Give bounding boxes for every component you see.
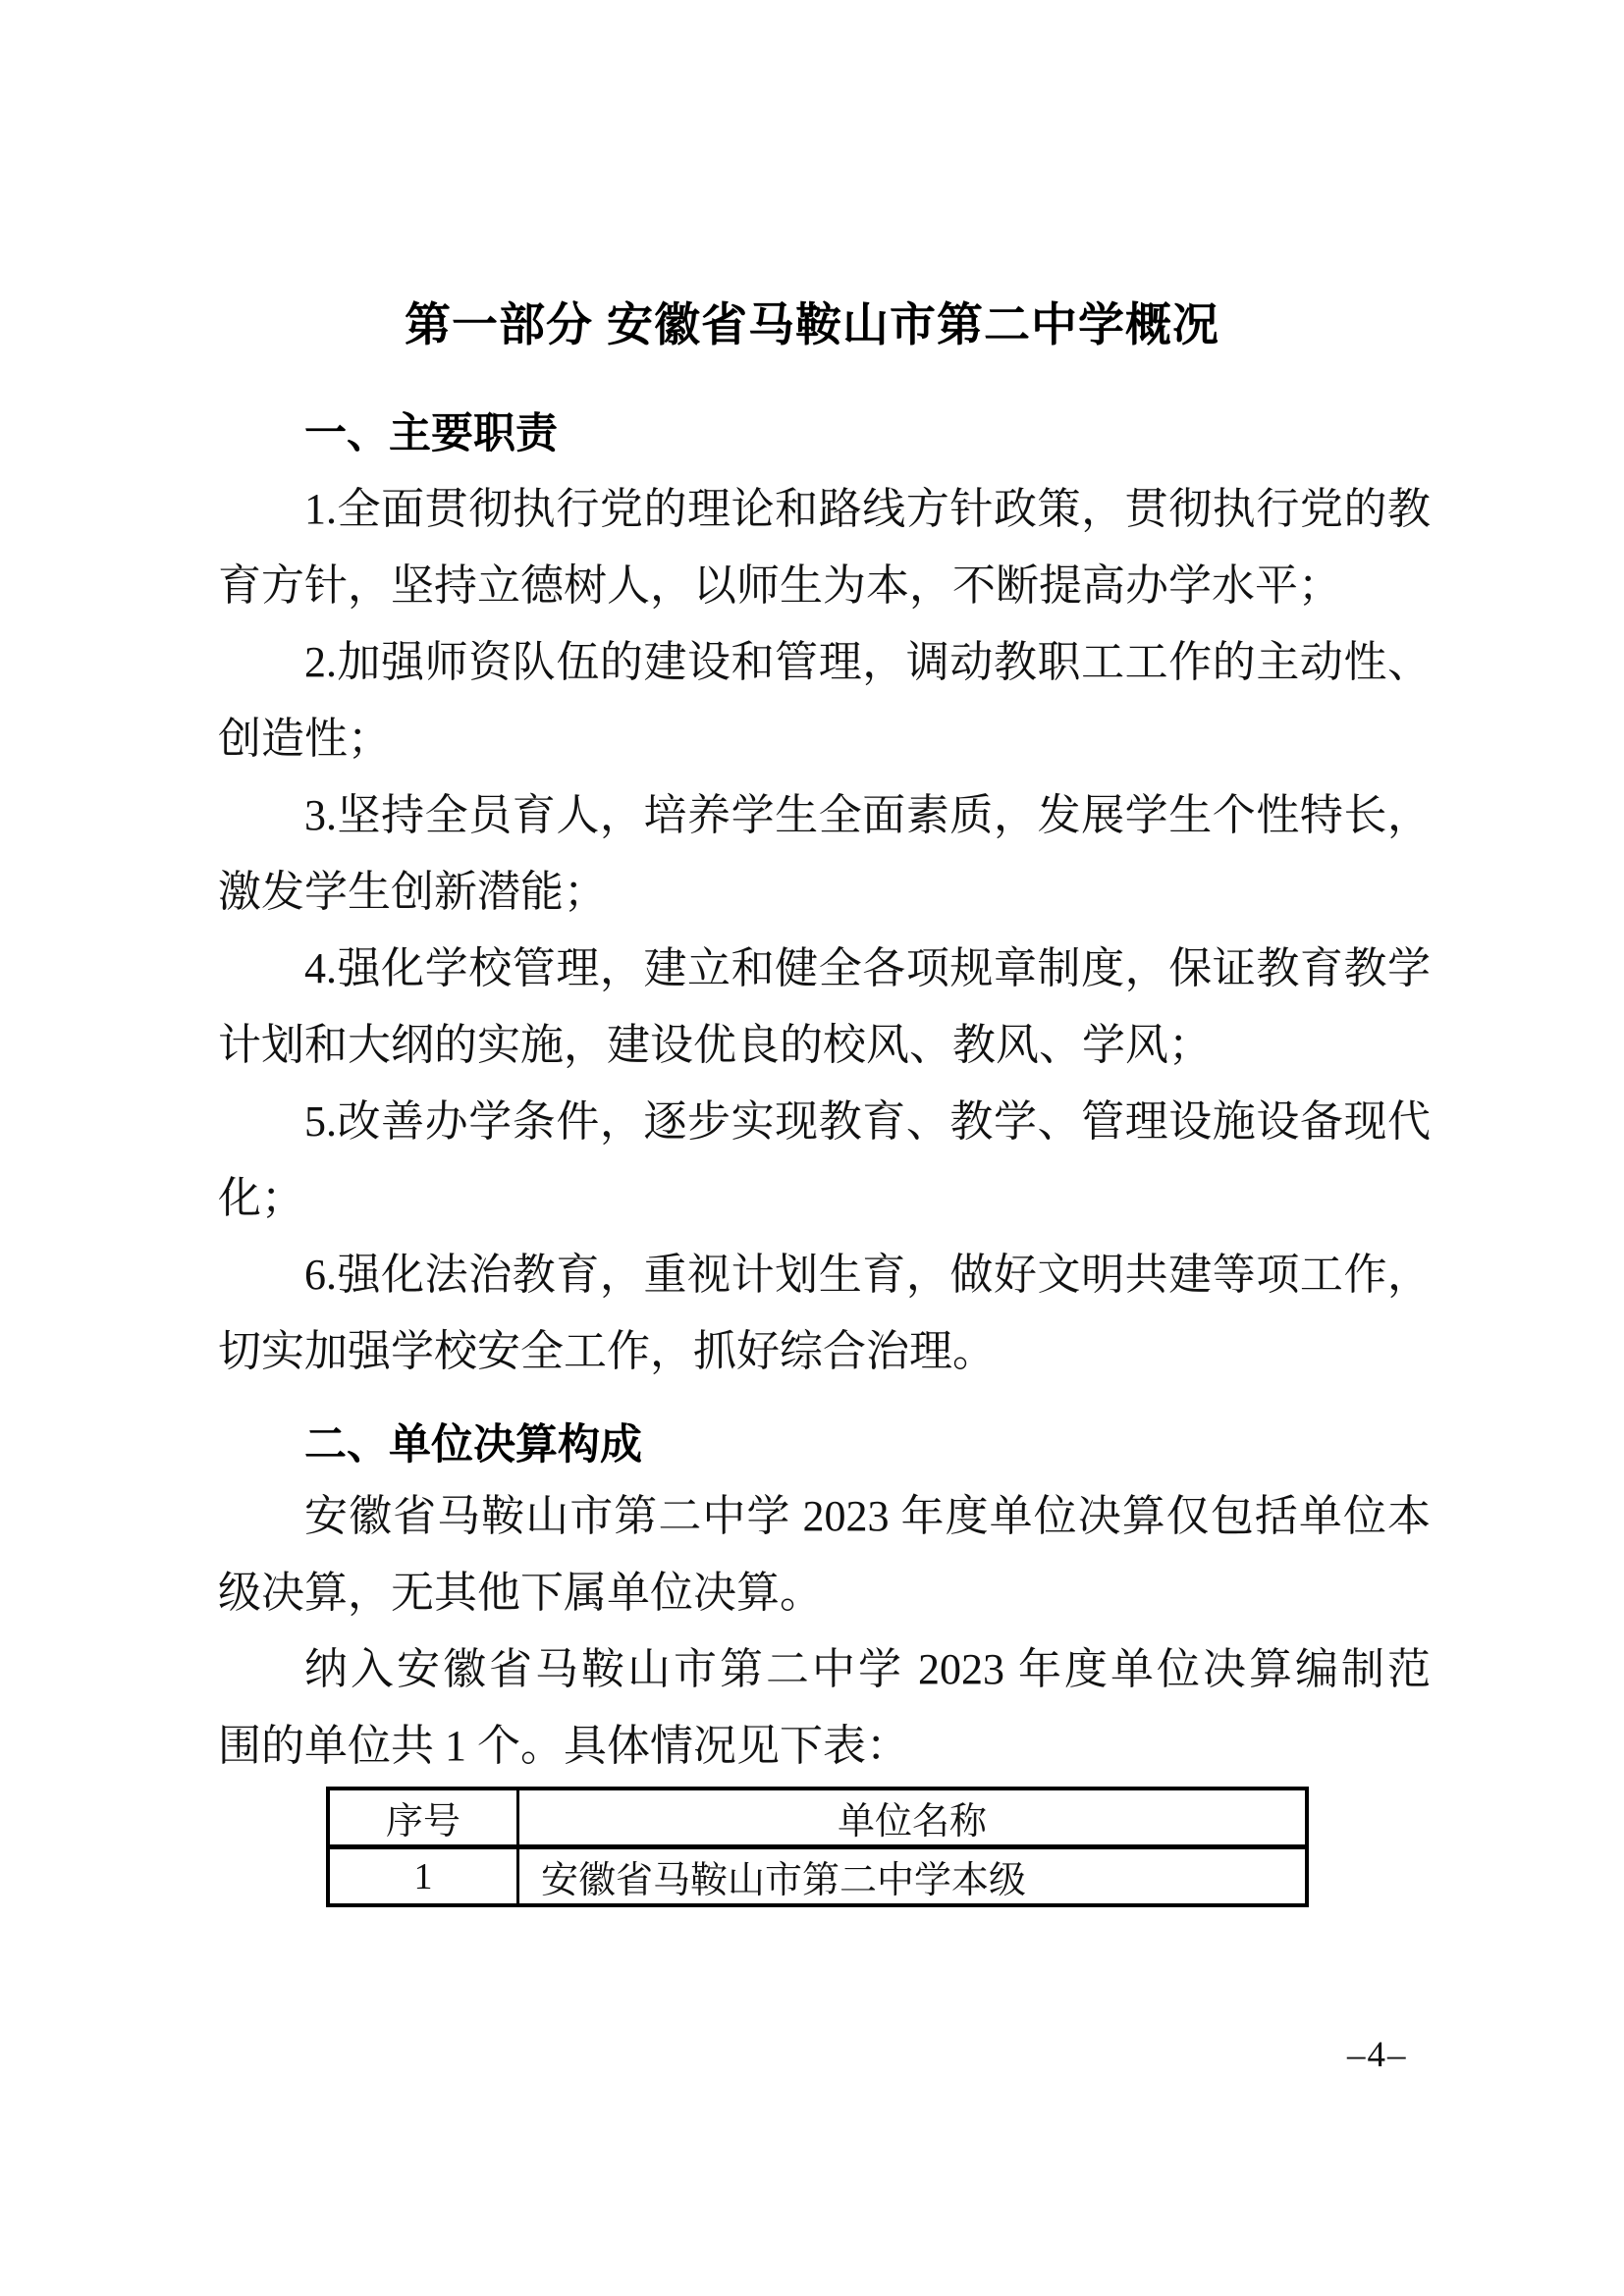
table-row: 1 安徽省马鞍山市第二中学本级 [328,1847,1307,1906]
unit-table: 序号 单位名称 1 安徽省马鞍山市第二中学本级 [326,1787,1309,1907]
section1-heading: 一、主要职责 [304,400,558,460]
table-header-cell-unit-name: 单位名称 [518,1789,1308,1847]
body-line: 切实加强学校安全工作，抓好综合治理。 [218,1313,1431,1390]
body-line: 2.加强师资队伍的建设和管理，调动教职工工作的主动性、 [218,624,1431,701]
body-line: 4.强化学校管理，建立和健全各项规章制度，保证教育教学 [218,931,1431,1007]
body-line: 围的单位共 1 个。具体情况见下表： [218,1708,1431,1785]
body-line: 6.强化法治教育，重视计划生育，做好文明共建等项工作， [218,1237,1431,1313]
body-line: 纳入安徽省马鞍山市第二中学 2023 年度单位决算编制范 [218,1631,1431,1708]
body-line: 激发学生创新潜能； [218,854,1431,931]
body-line: 化； [218,1160,1431,1237]
body-line: 安徽省马鞍山市第二中学 2023 年度单位决算仅包括单位本 [218,1478,1431,1555]
section1-body: 1.全面贯彻执行党的理论和路线方针政策，贯彻执行党的教 育方针，坚持立德树人，以… [218,471,1431,1390]
body-line: 1.全面贯彻执行党的理论和路线方针政策，贯彻执行党的教 [218,471,1431,548]
section2-body: 安徽省马鞍山市第二中学 2023 年度单位决算仅包括单位本 级决算，无其他下属单… [218,1478,1431,1785]
body-line: 计划和大纲的实施，建设优良的校风、教风、学风； [218,1007,1431,1084]
table-cell-unit-name: 安徽省马鞍山市第二中学本级 [518,1847,1308,1906]
table-header-row: 序号 单位名称 [328,1789,1307,1847]
section2-heading: 二、单位决算构成 [304,1412,642,1471]
table-cell-serial: 1 [328,1847,518,1906]
body-line: 5.改善办学条件，逐步实现教育、教学、管理设施设备现代 [218,1084,1431,1160]
document-page: 第一部分 安徽省马鞍山市第二中学概况 一、主要职责 1.全面贯彻执行党的理论和路… [0,0,1624,2296]
table-header-cell-serial: 序号 [328,1789,518,1847]
page-title: 第一部分 安徽省马鞍山市第二中学概况 [0,289,1624,354]
body-line: 3.坚持全员育人，培养学生全面素质，发展学生个性特长， [218,777,1431,854]
page-number: –4– [1347,2034,1408,2076]
body-line: 创造性； [218,701,1431,777]
body-line: 级决算，无其他下属单位决算。 [218,1555,1431,1631]
body-line: 育方针，坚持立德树人，以师生为本，不断提高办学水平； [218,548,1431,624]
